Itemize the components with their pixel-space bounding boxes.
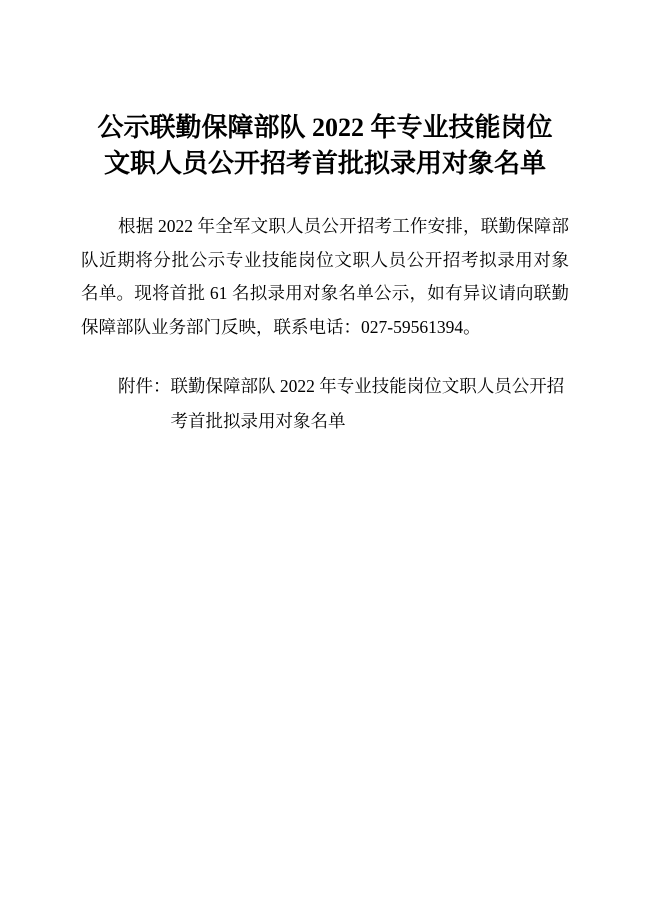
attachment-line-1: 联勤保障部队 2022 年专业技能岗位文职人员公开招 — [171, 369, 569, 404]
body-line-2: 队近期将分批公示专业技能岗位文职人员公开招考拟录用对象 — [81, 244, 569, 278]
title-line-1: 公示联勤保障部队 2022 年专业技能岗位 — [0, 110, 650, 146]
attachment-content: 联勤保障部队 2022 年专业技能岗位文职人员公开招 考首批拟录用对象名单 — [171, 369, 569, 439]
attachment-line-2: 考首批拟录用对象名单 — [171, 404, 569, 439]
body-line-3: 名单。现将首批 61 名拟录用对象名单公示，如有异议请向联勤 — [81, 277, 569, 311]
document-title: 公示联勤保障部队 2022 年专业技能岗位 文职人员公开招考首批拟录用对象名单 — [0, 0, 650, 182]
body-line-4: 保障部队业务部门反映，联系电话：027-59561394。 — [81, 311, 569, 345]
attachment-label: 附件： — [118, 369, 171, 404]
body-paragraph: 根据 2022 年全军文职人员公开招考工作安排，联勤保障部 队近期将分批公示专业… — [81, 210, 569, 344]
attachment-section: 附件： 联勤保障部队 2022 年专业技能岗位文职人员公开招 考首批拟录用对象名… — [118, 369, 568, 439]
title-line-2: 文职人员公开招考首批拟录用对象名单 — [0, 146, 650, 182]
body-line-1: 根据 2022 年全军文职人员公开招考工作安排，联勤保障部 — [81, 210, 569, 244]
document-page: 公示联勤保障部队 2022 年专业技能岗位 文职人员公开招考首批拟录用对象名单 … — [0, 0, 650, 919]
